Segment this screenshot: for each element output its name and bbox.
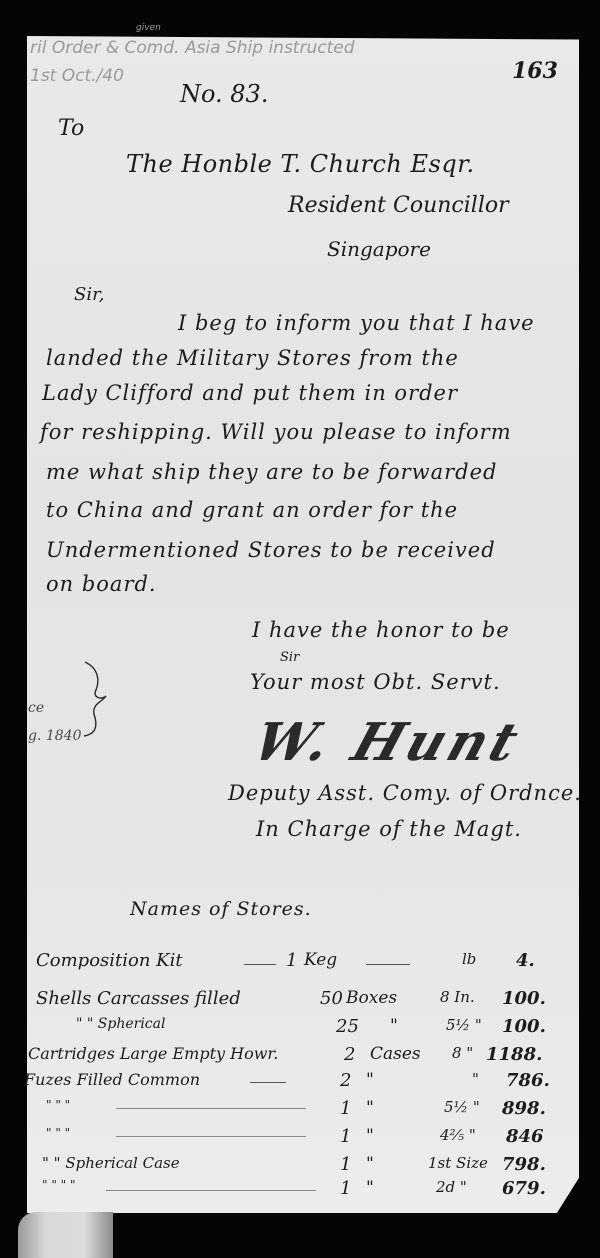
store-qty: 25 bbox=[336, 1016, 359, 1037]
store-pack: " bbox=[366, 1126, 374, 1146]
store-calibre: 2d " bbox=[436, 1178, 467, 1196]
table-row: " " " 1 " 5½ " 898. bbox=[36, 1098, 576, 1128]
margin-annotation-line-2: 1st Oct./40 bbox=[30, 66, 124, 86]
store-calibre: " bbox=[472, 1070, 479, 1088]
store-count: 798. bbox=[502, 1154, 546, 1175]
signer-title-line-2: In Charge of the Magt. bbox=[256, 817, 522, 841]
store-pack: " bbox=[366, 1178, 374, 1198]
store-count: 786. bbox=[506, 1070, 550, 1091]
store-name: " " " bbox=[46, 1126, 70, 1140]
body-line: I beg to inform you that I have bbox=[178, 311, 535, 335]
addressee-place: Singapore bbox=[327, 237, 431, 261]
store-name: " " Spherical bbox=[76, 1016, 165, 1032]
store-name: Fuzes Filled Common bbox=[24, 1070, 200, 1089]
body-line: Undermentioned Stores to be received bbox=[46, 538, 496, 562]
addressee-title: Resident Councillor bbox=[288, 193, 509, 218]
table-row: " " Spherical 25 " 5½ " 100. bbox=[36, 1016, 576, 1046]
table-row: " " " " 1 " 2d " 679. bbox=[36, 1178, 576, 1208]
table-row: " " " 1 " 4⅖ " 846 bbox=[36, 1126, 576, 1156]
salutation: Sir, bbox=[74, 284, 104, 305]
store-name: " " Spherical Case bbox=[42, 1154, 180, 1172]
store-pack: " bbox=[366, 1098, 374, 1118]
store-calibre: 5½ " bbox=[444, 1098, 480, 1116]
margin-annotation-line-1: ril Order & Comd. Asia Ship instructed bbox=[30, 38, 355, 58]
store-calibre: 4⅖ " bbox=[440, 1126, 476, 1144]
store-qty: 1 bbox=[286, 950, 297, 971]
table-row: Composition Kit 1 Keg lb 4. bbox=[36, 950, 576, 980]
page-number: 163 bbox=[512, 58, 558, 84]
store-qty: 2 bbox=[344, 1044, 355, 1065]
store-pack: Cases bbox=[370, 1044, 421, 1064]
store-name: Composition Kit bbox=[36, 950, 183, 971]
store-count: 679. bbox=[502, 1178, 546, 1199]
store-count: 4. bbox=[516, 950, 535, 971]
to-label: To bbox=[58, 116, 84, 141]
body-line: on board. bbox=[46, 572, 157, 596]
store-count: 1188. bbox=[486, 1044, 542, 1065]
curly-brace-icon bbox=[80, 660, 110, 740]
closing-line-1: I have the honor to be bbox=[252, 618, 510, 642]
thumb-holding-page bbox=[18, 1212, 113, 1258]
store-pack: " bbox=[390, 1016, 398, 1036]
store-qty: 1 bbox=[340, 1126, 351, 1147]
body-line: for reshipping. Will you please to infor… bbox=[40, 420, 512, 444]
margin-annotation-superscript: given bbox=[136, 23, 161, 33]
table-row: Shells Carcasses filled 50 Boxes 8 In. 1… bbox=[36, 988, 576, 1018]
body-line: Lady Clifford and put them in order bbox=[42, 381, 458, 405]
margin-note-line-1: ce bbox=[28, 700, 44, 716]
closing-line-2: Your most Obt. Servt. bbox=[250, 670, 501, 694]
store-qty: 1 bbox=[340, 1098, 351, 1119]
store-pack: Keg bbox=[304, 950, 337, 970]
store-qty: 1 bbox=[340, 1154, 351, 1175]
store-name: " " " " bbox=[42, 1178, 76, 1192]
signer-title-line-1: Deputy Asst. Comy. of Ordnce. bbox=[228, 781, 582, 805]
store-count: 846 bbox=[506, 1126, 544, 1147]
store-name: Shells Carcasses filled bbox=[36, 988, 241, 1009]
store-qty: 2 bbox=[340, 1070, 351, 1091]
store-count: 100. bbox=[502, 988, 546, 1009]
store-count: 100. bbox=[502, 1016, 546, 1037]
store-calibre: 8 " bbox=[452, 1044, 473, 1062]
store-name: Cartridges Large Empty Howr. bbox=[28, 1044, 278, 1063]
store-count: 898. bbox=[502, 1098, 546, 1119]
store-pack: " bbox=[366, 1154, 374, 1174]
table-row: Fuzes Filled Common 2 " " 786. bbox=[36, 1070, 576, 1100]
body-line: me what ship they are to be forwarded bbox=[46, 460, 497, 484]
store-qty: 50 bbox=[320, 988, 343, 1009]
letter-number: No. 83. bbox=[180, 80, 268, 108]
store-calibre: 5½ " bbox=[446, 1016, 482, 1034]
closing-sir: Sir bbox=[280, 650, 299, 665]
body-line: landed the Military Stores from the bbox=[46, 346, 459, 370]
addressee-name: The Honble T. Church Esqr. bbox=[126, 150, 475, 178]
signature: W. Hunt bbox=[246, 712, 529, 773]
store-calibre: lb bbox=[462, 950, 476, 968]
margin-note-line-2: g. 1840 bbox=[28, 728, 82, 744]
store-pack: " bbox=[366, 1070, 374, 1090]
store-name: " " " bbox=[46, 1098, 70, 1112]
body-line: to China and grant an order for the bbox=[46, 498, 458, 522]
store-calibre: 8 In. bbox=[440, 988, 475, 1006]
store-calibre: 1st Size bbox=[428, 1154, 488, 1172]
store-qty: 1 bbox=[340, 1178, 351, 1199]
stores-heading: Names of Stores. bbox=[130, 898, 312, 920]
store-pack: Boxes bbox=[346, 988, 397, 1008]
